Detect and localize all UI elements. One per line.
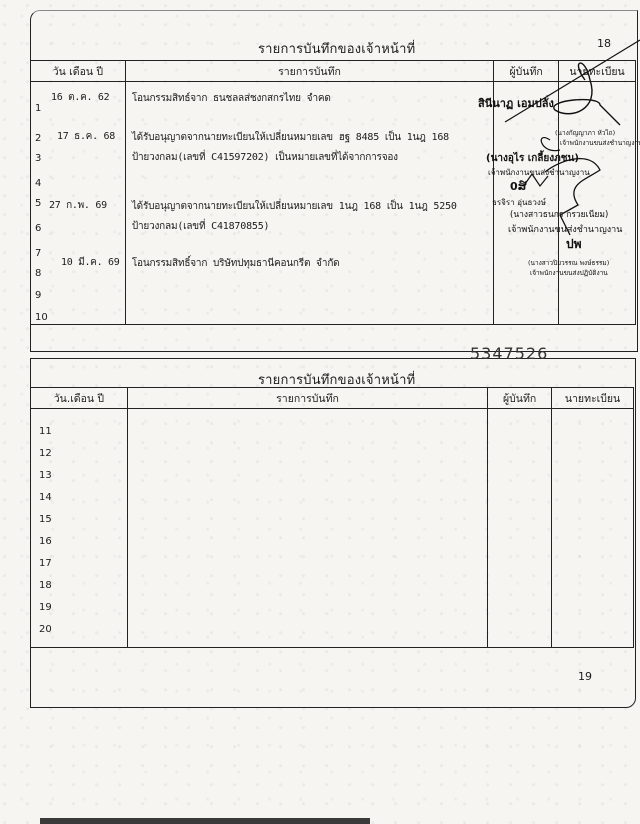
records-table-bottom: วัน.เดือน ปี รายการบันทึก ผู้บันทึก นายท… (30, 387, 634, 648)
signature-mark: ปพ (566, 235, 582, 254)
registrar-column (552, 409, 634, 648)
col-header-registrar: นายทะเบียน (552, 388, 634, 409)
row-number: 18 (31, 575, 127, 597)
entry-date: 10 มี.ค. 69 (61, 255, 119, 270)
recorder-name: (นางสาวธนกร กรวยเนียม) (510, 207, 608, 221)
recorder-title: เจ้าพนักงานขนส่งปฏิบัติงาน (530, 268, 608, 278)
row-number: 3 (35, 148, 41, 170)
registrar-name: (นางกัญญาภา หัวไถ) (555, 128, 615, 138)
row-number: 4 (35, 173, 41, 195)
row-number: 14 (31, 487, 127, 509)
row-number: 17 (31, 553, 127, 575)
col-header-entry: รายการบันทึก (127, 388, 487, 409)
entry-text: โอนกรรมสิทธิ์จาก บริษัทปทุมธานีคอนกรีต จ… (132, 256, 340, 271)
row-number: 13 (31, 465, 127, 487)
recorder-column (488, 409, 552, 648)
row-number: 20 (31, 619, 127, 641)
col-header-recorder: ผู้บันทึก (488, 388, 552, 409)
entry-text: โอนกรรมสิทธ์จาก ธนชลลส่ชงกสกรไทย จำคด (132, 91, 331, 106)
col-header-registrar: นายทะเบียน (559, 61, 636, 82)
entry-date: 17 ธ.ค. 68 (57, 129, 115, 144)
date-column: 1 2 3 4 5 6 7 8 9 10 16 ต.ค. 62 17 ธ.ค. … (31, 82, 126, 325)
entry-date: 27 ก.พ. 69 (49, 198, 107, 213)
row-number: 15 (31, 509, 127, 531)
registrar-title: เจ้าพนักงานขนส่งชำนาญงาน (560, 138, 640, 148)
recorder-name: (นางอุไร เกลี้ยงภชน) (486, 151, 579, 166)
row-number: 7 (35, 243, 41, 265)
row-number: 5 (35, 193, 41, 215)
scan-edge-strip (40, 818, 370, 824)
row-number: 2 (35, 128, 41, 150)
date-column: 11 12 13 14 15 16 17 18 19 20 (31, 409, 128, 648)
entry-column: โอนกรรมสิทธ์จาก ธนชลลส่ชงกสกรไทย จำคด ได… (125, 82, 493, 325)
row-number: 16 (31, 531, 127, 553)
row-number: 11 (31, 421, 127, 443)
col-header-date: วัน เดือน ปี (31, 61, 126, 82)
document-serial-number: 5347526 (470, 344, 548, 363)
entry-text: ป้ายวงกลม(เลขที่ C41597202) เป็นหมายเลขท… (132, 150, 398, 165)
recorder-title: เจ้าพนักงานขนส่งชำนาญงาน (488, 166, 590, 179)
row-number: 6 (35, 218, 41, 240)
registrar-column (559, 82, 636, 325)
row-number: 19 (31, 597, 127, 619)
page-19-number: 19 (578, 670, 592, 683)
col-header-recorder: ผู้บันทึก (494, 61, 559, 82)
signature-mark: 0ສ໌ (510, 180, 527, 193)
row-number: 1 (35, 98, 41, 120)
col-header-date: วัน.เดือน ปี (31, 388, 128, 409)
entry-date: 16 ต.ค. 62 (51, 90, 109, 105)
page-18-number: 18 (597, 37, 611, 50)
recorder-signature-name: สินีนาฏ เอมปลั่ง (478, 94, 554, 112)
row-number: 9 (35, 285, 41, 307)
entry-text: ป้ายวงกลม(เลขที่ C41870855) (132, 219, 270, 234)
row-number: 12 (31, 443, 127, 465)
col-header-entry: รายการบันทึก (125, 61, 493, 82)
row-number: 8 (35, 263, 41, 285)
recorder-title: เจ้าพนักงานขนส่งชำนาญงาน (508, 222, 622, 236)
recorder-name: (นางสาวปิยวรรณ พงษ์ธรรม) (528, 258, 609, 268)
entry-column (127, 409, 487, 648)
entry-text: ได้รับอนุญาตจากนายทะเบียนให้เปลี่ยนหมายเ… (132, 130, 449, 145)
entry-text: ได้รับอนุญาตจากนายทะเบียนให้เปลี่ยนหมายเ… (132, 199, 457, 214)
row-number: 10 (35, 307, 48, 329)
page-18-title: รายการบันทึกของเจ้าหน้าที่ (258, 38, 415, 59)
